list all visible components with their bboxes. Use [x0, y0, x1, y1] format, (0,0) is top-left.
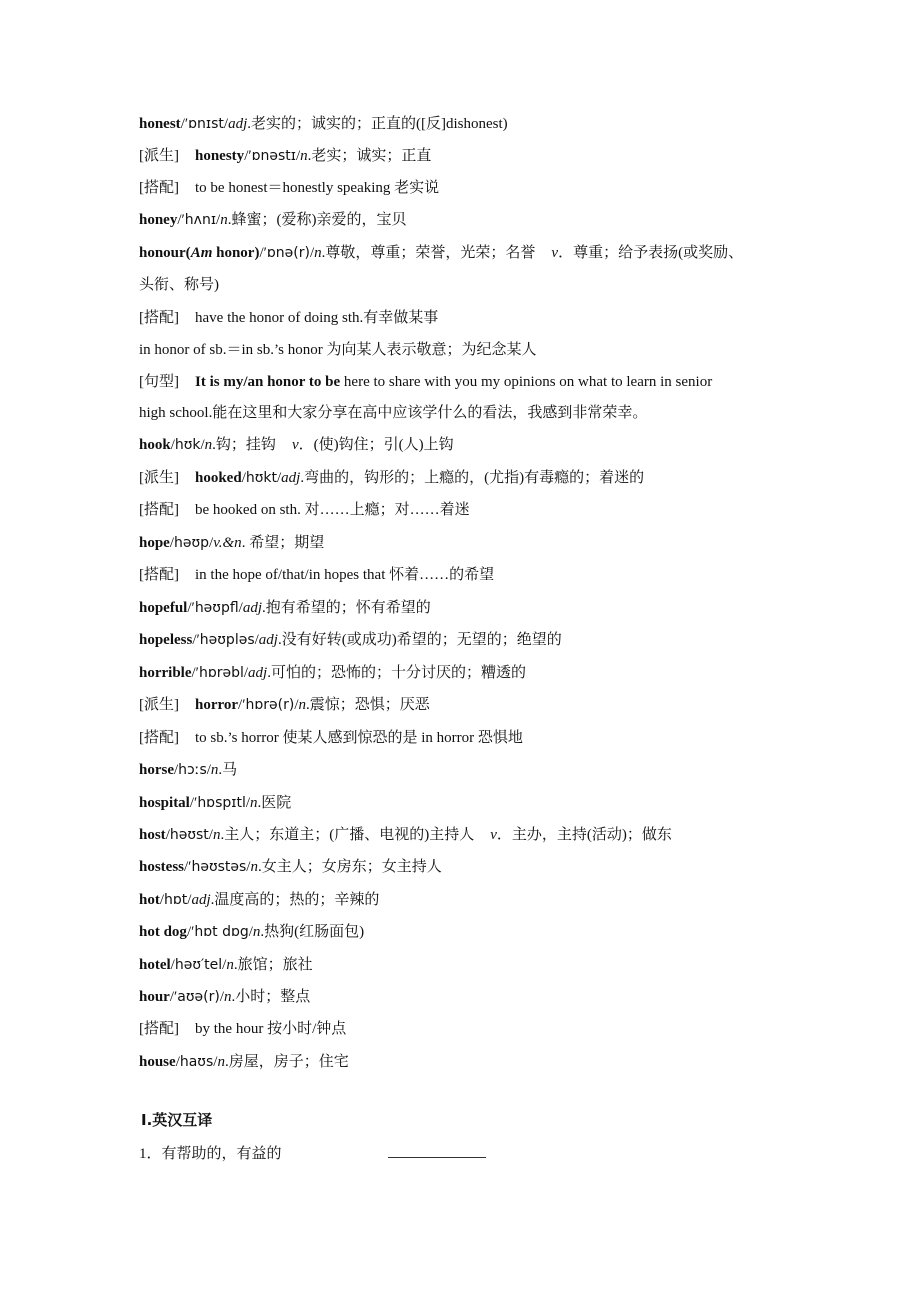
collocation-text: to sb.’s horror 使某人感到惊恐的是 in horror 恐惧地 — [195, 730, 523, 746]
pattern-translation: high school.能在这里和大家分享在高中应该学什么的看法，我感到非常荣幸… — [139, 405, 647, 421]
collocation-honour-1: [搭配]have the honor of doing sth.有幸做某事 — [139, 308, 438, 328]
entry-honey: honey/′hʌnɪ/n.蜂蜜；(爱称)亲爱的，宝贝 — [139, 210, 406, 230]
definition: .房屋，房子；住宅 — [225, 1054, 349, 1070]
definition: .旅馆；旅社 — [234, 957, 313, 973]
phonetic: hɒt — [164, 892, 187, 908]
phonetic: aʊə(r) — [177, 989, 220, 1005]
collocation-tag: [搭配] — [139, 502, 179, 518]
stress-mark: /′ — [259, 245, 266, 261]
collocation-hooked: [搭配]be hooked on sth. 对……上瘾；对……着迷 — [139, 500, 470, 520]
definition: .蜂蜜；(爱称)亲爱的，宝贝 — [228, 212, 407, 228]
headword: honesty — [195, 148, 244, 164]
phonetic: ɒnəstɪ — [252, 148, 296, 164]
collocation-tag: [搭配] — [139, 1021, 179, 1037]
derivative-tag: [派生] — [139, 470, 179, 486]
part-of-speech: adj — [281, 470, 300, 486]
part-of-speech: adj — [248, 665, 267, 681]
phonetic: hʊkt — [246, 470, 277, 486]
definition: . 希望；期望 — [242, 535, 325, 551]
definition: .尊敬，尊重；荣誉，光荣；名誉 — [322, 245, 536, 261]
collocation-hope: [搭配]in the hope of/that/in hopes that 怀着… — [139, 565, 494, 585]
stress-mark: /′ — [244, 148, 251, 164]
part-of-speech: n — [300, 148, 308, 164]
entry-honest: honest/′ɒnɪst/adj.老实的；诚实的；正直的([反]dishone… — [139, 114, 508, 134]
definition: .老实的；诚实的；正直的([反]dishonest) — [247, 116, 507, 132]
headword: hot — [139, 892, 160, 908]
stress-mark: /′ — [187, 600, 194, 616]
entry-hot: hot/hɒt/adj.温度高的；热的；辛辣的 — [139, 890, 379, 910]
headword: hotel — [139, 957, 171, 973]
headword: hot dog — [139, 924, 187, 940]
phonetic: həʊpləs — [200, 632, 255, 648]
part-of-speech: adj — [191, 892, 210, 908]
headword: honest — [139, 116, 181, 132]
headword: hope — [139, 535, 170, 551]
sentence-pattern-tag: [句型] — [139, 374, 179, 390]
headword: hour — [139, 989, 170, 1005]
entry-hooked: [派生]hooked/hʊkt/adj.弯曲的，钩形的；上瘾的，(尤指)有毒瘾的… — [139, 468, 644, 488]
headword: hook — [139, 437, 171, 453]
headword: honey — [139, 212, 177, 228]
phonetic: həʊpfl — [195, 600, 239, 616]
phonetic: hɒspɪtl — [197, 795, 246, 811]
stress-mark: /′ — [192, 632, 199, 648]
sentence-pattern-continued: high school.能在这里和大家分享在高中应该学什么的看法，我感到非常荣幸… — [139, 403, 647, 423]
definition: .可怕的；恐怖的；十分讨厌的；糟透的 — [267, 665, 526, 681]
definition-verb: ．主办，主持(活动)；做东 — [497, 827, 672, 843]
phonetic: ɒnə(r) — [267, 245, 310, 261]
entry-hostess: hostess/′həʊstəs/n.女主人；女房东；女主持人 — [139, 857, 442, 877]
part-of-speech: v.&n — [213, 535, 241, 551]
item-prompt: 有帮助的，有益的 — [162, 1146, 282, 1162]
derivative-tag: [派生] — [139, 697, 179, 713]
collocation-text: to be honest＝honestly speaking 老实说 — [195, 180, 439, 196]
part-of-speech: adj — [243, 600, 262, 616]
part-of-speech: n — [250, 795, 258, 811]
collocation-text: have the honor of doing sth.有幸做某事 — [195, 310, 438, 326]
definition-verb: ．尊重；给予表扬(或奖励、 — [558, 245, 743, 261]
headword: hopeless — [139, 632, 192, 648]
part-of-speech: n — [226, 957, 234, 973]
collocation-honest: [搭配]to be honest＝honestly speaking 老实说 — [139, 178, 439, 198]
phonetic: həʊ′tel — [175, 957, 222, 973]
collocation-tag: [搭配] — [139, 180, 179, 196]
document-page: honest/′ɒnɪst/adj.老实的；诚实的；正直的([反]dishone… — [0, 0, 920, 1302]
part-of-speech: adj — [228, 116, 247, 132]
definition: .没有好转(或成功)希望的；无望的；绝望的 — [278, 632, 562, 648]
phonetic: həʊst — [170, 827, 209, 843]
phonetic: haʊs — [180, 1054, 213, 1070]
definition: .温度高的；热的；辛辣的 — [211, 892, 380, 908]
part-of-speech: n — [250, 859, 258, 875]
collocation-horror: [搭配]to sb.’s horror 使某人感到惊恐的是 in horror … — [139, 728, 523, 748]
phonetic: ɒnɪst — [188, 116, 224, 132]
definition: .马 — [218, 762, 237, 778]
entry-honesty: [派生]honesty/′ɒnəstɪ/n.老实；诚实；正直 — [139, 146, 431, 166]
section-title: Ⅰ.英汉互译 — [141, 1111, 212, 1129]
entry-hour: hour/′aʊə(r)/n.小时；整点 — [139, 987, 310, 1007]
item-number: 1． — [139, 1146, 162, 1162]
collocation-text: in honor of sb.＝in sb.’s honor 为向某人表示敬意；… — [139, 342, 537, 358]
collocation-hour: [搭配]by the hour 按小时/钟点 — [139, 1019, 346, 1039]
part-of-speech: n — [298, 697, 306, 713]
entry-horrible: horrible/′hɒrəbl/adj.可怕的；恐怖的；十分讨厌的；糟透的 — [139, 663, 526, 683]
headword: hospital — [139, 795, 190, 811]
entry-hook: hook/hʊk/n.钩；挂钩v．(使)钩住；引(人)上钩 — [139, 435, 454, 455]
definition: .热狗(红肠面包) — [260, 924, 364, 940]
entry-house: house/haʊs/n.房屋，房子；住宅 — [139, 1052, 349, 1072]
entry-honour-continued: 头衔、称号) — [139, 275, 219, 295]
definition: .主人；东道主；(广播、电视的)主持人 — [220, 827, 474, 843]
stress-mark: /′ — [238, 697, 245, 713]
phonetic: hʊk — [175, 437, 201, 453]
collocation-tag: [搭配] — [139, 567, 179, 583]
headword: horse — [139, 762, 174, 778]
american-variant: honor) — [212, 245, 259, 261]
phonetic: hʌnɪ — [185, 212, 216, 228]
exercise-section: Ⅰ.英汉互译 — [141, 1110, 212, 1130]
collocation-text: by the hour 按小时/钟点 — [195, 1021, 346, 1037]
definition: .女主人；女房东；女主持人 — [258, 859, 442, 875]
entry-horror: [派生]horror/′hɒrə(r)/n.震惊；恐惧；厌恶 — [139, 695, 430, 715]
definition-verb: ．(使)钩住；引(人)上钩 — [299, 437, 454, 453]
collocation-tag: [搭配] — [139, 310, 179, 326]
definition: .医院 — [258, 795, 292, 811]
phonetic: hɒrəbl — [199, 665, 244, 681]
collocation-tag: [搭配] — [139, 730, 179, 746]
definition-continued: 头衔、称号) — [139, 277, 219, 293]
headword: honour( — [139, 245, 191, 261]
definition: .震惊；恐惧；厌恶 — [306, 697, 430, 713]
stress-mark: /′ — [192, 665, 199, 681]
collocation-honour-2: in honor of sb.＝in sb.’s honor 为向某人表示敬意；… — [139, 340, 537, 360]
entry-hopeful: hopeful/′həʊpfl/adj.抱有希望的；怀有希望的 — [139, 598, 431, 618]
headword: hostess — [139, 859, 184, 875]
collocation-text: be hooked on sth. 对……上瘾；对……着迷 — [195, 502, 470, 518]
part-of-speech: n — [220, 212, 228, 228]
entry-hopeless: hopeless/′həʊpləs/adj.没有好转(或成功)希望的；无望的；绝… — [139, 630, 562, 650]
entry-hope: hope/həʊp/v.&n. 希望；期望 — [139, 533, 324, 553]
entry-hotel: hotel/həʊ′tel/n.旅馆；旅社 — [139, 955, 313, 975]
part-of-speech: adj — [259, 632, 278, 648]
entry-hospital: hospital/′hɒspɪtl/n.医院 — [139, 793, 291, 813]
pattern-sentence: here to share with you my opinions on wh… — [340, 374, 712, 390]
pattern-phrase: It is my/an honor to be — [195, 374, 340, 390]
phonetic: hɔːs — [178, 762, 207, 778]
phonetic: həʊstəs — [191, 859, 246, 875]
answer-blank[interactable] — [388, 1143, 486, 1158]
part-of-speech: n — [224, 989, 232, 1005]
part-of-speech-verb: v — [292, 437, 299, 453]
definition: .小时；整点 — [232, 989, 311, 1005]
derivative-tag: [派生] — [139, 148, 179, 164]
entry-host: host/həʊst/n.主人；东道主；(广播、电视的)主持人v．主办，主持(活… — [139, 825, 672, 845]
headword: host — [139, 827, 166, 843]
definition: .钩；挂钩 — [212, 437, 276, 453]
sentence-pattern-honour: [句型]It is my/an honor to be here to shar… — [139, 372, 712, 392]
stress-mark: /′ — [177, 212, 184, 228]
part-of-speech: n — [217, 1054, 225, 1070]
phonetic: hɒt dɒg — [194, 924, 248, 940]
definition: .抱有希望的；怀有希望的 — [262, 600, 431, 616]
definition: .弯曲的，钩形的；上瘾的，(尤指)有毒瘾的；着迷的 — [300, 470, 644, 486]
collocation-text: in the hope of/that/in hopes that 怀着……的希… — [195, 567, 494, 583]
exercise-item-1: 1．有帮助的，有益的 — [139, 1143, 486, 1163]
headword: horror — [195, 697, 238, 713]
headword: hooked — [195, 470, 242, 486]
part-of-speech: n — [314, 245, 322, 261]
headword: horrible — [139, 665, 192, 681]
phonetic: hɒrə(r) — [246, 697, 295, 713]
headword: hopeful — [139, 600, 187, 616]
headword: house — [139, 1054, 176, 1070]
american-variant-label: Am — [191, 245, 213, 261]
entry-hot-dog: hot dog/′hɒt dɒg/n.热狗(红肠面包) — [139, 922, 364, 942]
entry-horse: horse/hɔːs/n.马 — [139, 760, 237, 780]
definition: .老实；诚实；正直 — [308, 148, 432, 164]
phonetic: həʊp — [174, 535, 209, 551]
entry-honour: honour(Am honor)/′ɒnə(r)/n.尊敬，尊重；荣誉，光荣；名… — [139, 243, 743, 263]
part-of-speech-verb: v — [490, 827, 497, 843]
